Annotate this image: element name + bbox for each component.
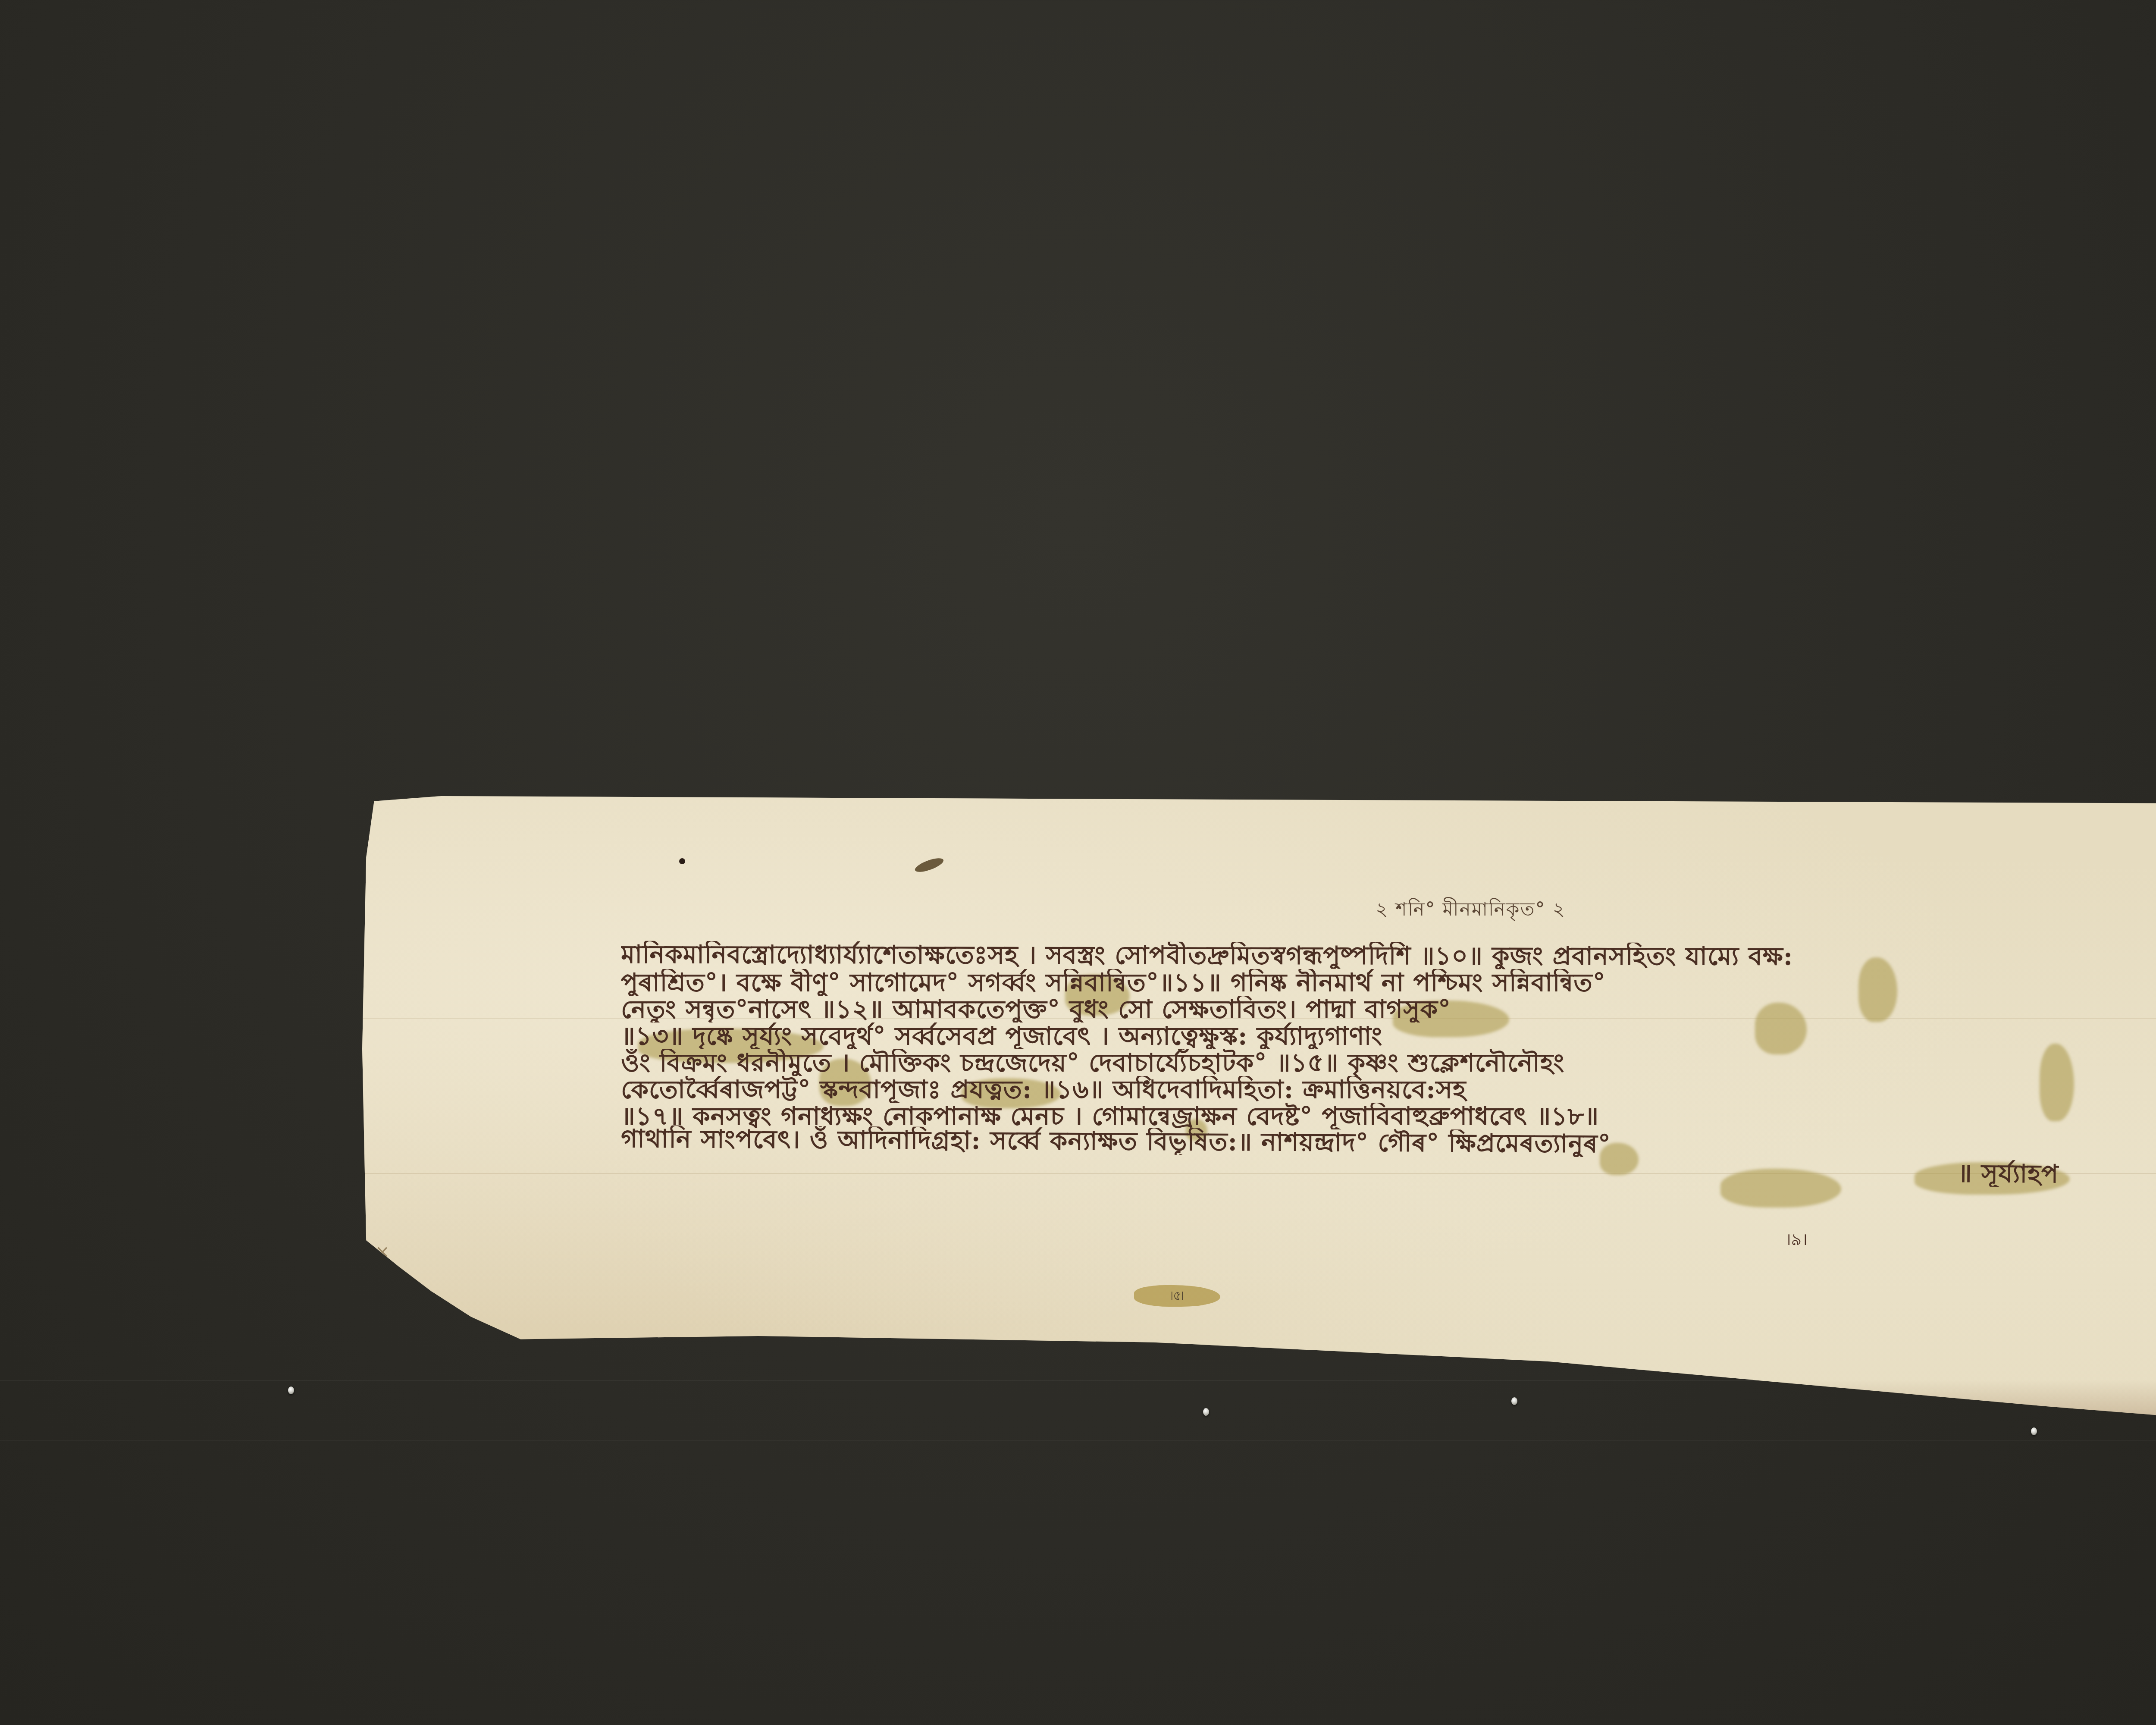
ink-dot [679,858,685,864]
manuscript-text-body: মানিকমানিবস্ত্রোদ্যোধ্যার্য্যাশেতাক্ষতেঃ… [621,942,2156,1183]
manuscript-line-1: মানিকমানিবস্ত্রোদ্যোধ্যার্য্যাশেতাক্ষতেঃ… [621,941,2156,971]
manuscript-line-3: নেতুং সন্বৃত°নাসেৎ ॥১২॥ আমাবকতেপুক্ত° বু… [621,996,2156,1022]
manuscript-line-6: কেতোৰ্ব্বৈৰাজপট্ট° স্কন্দবাপূজাঃ প্রযত্ন… [621,1076,2156,1103]
mounting-pin [1203,1408,1209,1416]
mounting-pin [2031,1427,2037,1435]
folio-header: ২ শনি° মীনমানিকৃত° ২ [1376,895,1566,926]
manuscript-line-4: ॥১৩॥ দৃষ্কে সূর্য্যং সবেদুর্থ° সর্ব্বসেব… [621,1022,2156,1049]
paper-edge-discoloration [362,1380,2156,1432]
ink-smudge [913,856,945,875]
manuscript-line-5: ওঁং বিক্রমং ধরনীমুতে । মৌক্তিকং চন্দ্রজে… [621,1049,2156,1076]
mounting-pin [1511,1397,1517,1405]
corner-cross-mark: × [375,1242,390,1262]
mount-board-seam [0,1440,2156,1441]
manuscript-line-2: পুৰাশ্রিত°। বক্ষে বীণু° সাগোমেদ° সগৰ্ব্ব… [621,969,2156,996]
manuscript-folio: × ২ শনি° মীনমানিকৃত° ২ মানিকমানিবস্ত্রোদ… [362,793,2156,1432]
interlinear-verse-number: ।৯। [1785,1227,1808,1255]
mounting-pin [288,1386,294,1394]
stained-marginal-mark: ৷৫৷ [1134,1285,1220,1307]
manuscript-line-7: ॥১৭॥ কনসত্বং গনাধ্যক্ষং নোকপানাক্ষ মেনচ … [621,1103,2156,1129]
